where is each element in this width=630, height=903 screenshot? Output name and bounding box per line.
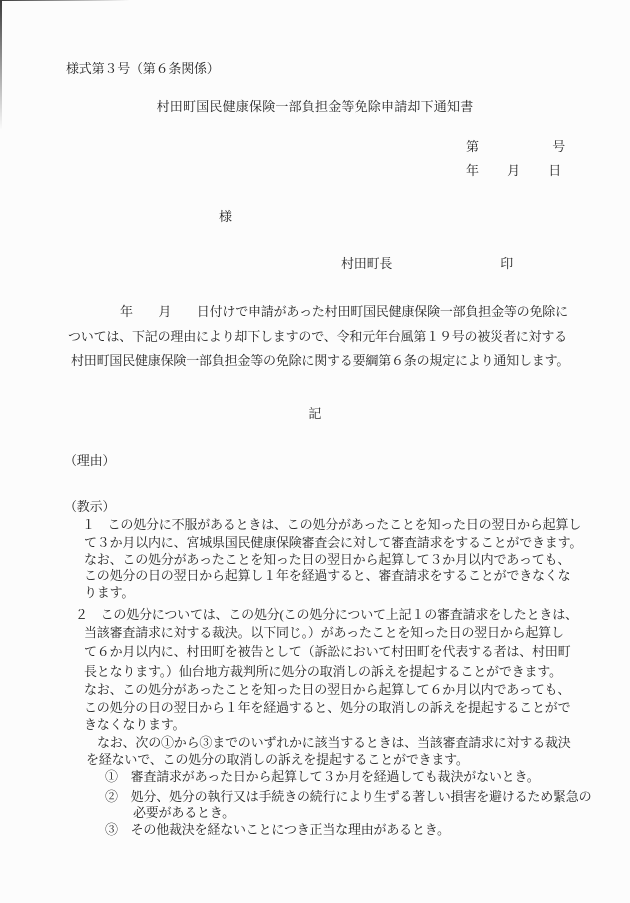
instruction-item2-line-1: ２ この処分については、この処分(この処分について上記１の審査請求をしたときは、 (75, 607, 578, 623)
seal-placeholder: 印 (500, 256, 513, 272)
sub-item-1: ① 審査請求があった日から起算して３か月を経過しても裁決がないとき。 (105, 769, 540, 785)
doc-number-line: 第 号 (466, 139, 565, 155)
instruction-item2-line-7: きなくなります。 (84, 717, 185, 733)
date-line: 年 月 日 (466, 163, 561, 179)
sender-name: 村田町長 (341, 256, 392, 272)
scan-artifact-top-edge (0, 0, 130, 1)
body-line-1: 年 月 日付けで申請があった村田町国民健康保険一部負担金等の免除に (120, 304, 568, 320)
instruction-item1-line-4: この処分の日の翌日から起算し１年を経過すると、審査請求をすることができなくな (84, 568, 570, 584)
addressee-suffix: 様 (219, 209, 232, 225)
instruction-item2-line-2: 当該審査請求に対する裁決。以下同じ。）があったことを知った日の翌日から起算し (84, 625, 564, 641)
instruction-note-line-2: を経ないで、この処分の取消しの訴えを提起することができます。 (86, 752, 469, 768)
instruction-item1-line-1: １ この処分に不服があるときは、この処分があったことを知った日の翌日から起算し (82, 517, 581, 533)
date-day-label: 日 (548, 163, 561, 179)
instruction-item2-line-4: 長となります。）仙台地方裁判所に処分の取消しの訴えを提起することができます。 (84, 664, 562, 680)
instruction-label: （教示） (64, 499, 115, 515)
instruction-item1-line-2: て３か月以内に、宮城県国民健康保険審査会に対して審査請求をすることができます。 (84, 535, 582, 551)
instruction-item2-line-3: て６か月以内に、村田町を被告として（訴訟において村田町を代表する者は、村田町 (84, 644, 570, 660)
sub-item-3: ③ その他裁決を経ないことにつき正当な理由があるとき。 (105, 822, 450, 838)
date-year-label: 年 (466, 163, 479, 179)
instruction-note-line-1: なお、次の①から③までのいずれかに該当するときは、当該審査請求に対する裁決 (97, 735, 571, 751)
sub-item-2-line-2: 必要があるとき。 (133, 805, 235, 821)
ki-marker: 記 (0, 406, 630, 422)
sender-line: 村田町長 印 (341, 256, 513, 272)
date-month-label: 月 (507, 163, 520, 179)
document-title: 村田町国民健康保険一部負担金等免除申請却下通知書 (0, 99, 630, 115)
body-line-2: ついては、下記の理由により却下しますので、令和元年台風第１９号の被災者に対する (68, 329, 567, 345)
instruction-item1-line-3: なお、この処分があったことを知った日の翌日から起算して３か月以内であっても、 (84, 552, 570, 568)
form-number: 様式第３号（第６条関係） (66, 61, 220, 77)
reason-label: （理由） (64, 453, 115, 469)
instruction-item2-line-6: この処分の日の翌日から１年を経過すると、処分の取消しの訴えを提起することがで (84, 700, 570, 716)
instruction-item1-line-5: ります。 (84, 585, 134, 601)
document-page: 様式第３号（第６条関係） 村田町国民健康保険一部負担金等免除申請却下通知書 第 … (0, 0, 630, 903)
instruction-item2-line-5: なお、この処分があったことを知った日の翌日から起算して６か月以内であっても、 (84, 682, 570, 698)
doc-number-suffix: 号 (552, 139, 565, 155)
doc-number-prefix: 第 (466, 139, 479, 155)
sub-item-2-line-1: ② 処分、処分の執行又は手続きの続行により生ずる著しい損害を避けるため緊急の (105, 789, 591, 805)
body-line-3: 村田町国民健康保険一部負担金等の免除に関する要綱第６条の規定により通知します。 (71, 353, 569, 369)
